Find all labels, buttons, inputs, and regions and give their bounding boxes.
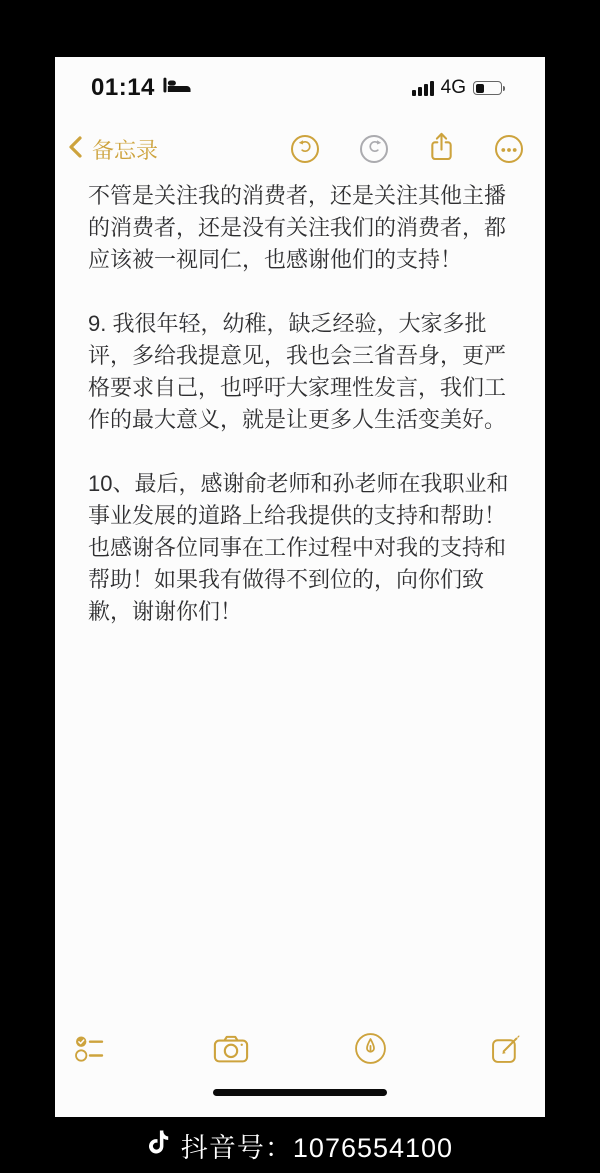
camera-button[interactable]	[213, 1035, 249, 1068]
network-type-label: 4G	[441, 77, 466, 99]
back-label: 备忘录	[92, 134, 158, 165]
sleep-mode-bed-icon	[163, 77, 191, 99]
home-indicator[interactable]	[213, 1089, 387, 1096]
phone-screen: 01:14 4G	[55, 57, 545, 1117]
back-button[interactable]: 备忘录	[65, 134, 158, 165]
ellipsis-icon	[501, 140, 517, 158]
cellular-signal-icon	[412, 81, 434, 96]
battery-icon	[473, 81, 505, 95]
more-button[interactable]	[495, 135, 523, 163]
markup-button[interactable]	[354, 1032, 387, 1070]
camera-icon	[213, 1035, 249, 1068]
redo-icon	[367, 139, 382, 159]
compose-button[interactable]	[491, 1033, 522, 1069]
note-paragraph: 10、最后，感谢俞老师和孙老师在我职业和 事业发展的道路上给我提供的支持和帮助！…	[88, 468, 535, 628]
clock-time: 01:14	[91, 74, 155, 102]
note-toolbar	[55, 1025, 545, 1077]
douyin-id-label: 抖音号：1076554100	[181, 1126, 453, 1165]
note-paragraph: 9. 我很年轻，幼稚，缺乏经验，大家多批 评，多给我提意见，我也会三省吾身，更严…	[88, 308, 535, 436]
pen-markup-icon	[354, 1032, 387, 1070]
undo-icon	[298, 139, 313, 159]
douyin-watermark: 抖音号：1076554100	[0, 1117, 600, 1173]
status-bar: 01:14 4G	[55, 73, 545, 103]
checklist-icon	[75, 1035, 109, 1068]
douyin-logo-icon	[147, 1129, 171, 1162]
redo-button[interactable]	[360, 135, 388, 163]
compose-icon	[491, 1033, 522, 1069]
checklist-button[interactable]	[75, 1035, 109, 1068]
note-paragraph: 不管是关注我的消费者，还是关注其他主播 的消费者，还是没有关注我们的消费者，都 …	[88, 180, 535, 276]
undo-button[interactable]	[291, 135, 319, 163]
battery-fill	[476, 84, 484, 93]
chevron-left-icon	[65, 134, 87, 165]
nav-bar: 备忘录	[55, 131, 545, 167]
share-icon	[429, 131, 454, 167]
share-button[interactable]	[429, 131, 454, 167]
note-body[interactable]: 不管是关注我的消费者，还是关注其他主播 的消费者，还是没有关注我们的消费者，都 …	[55, 167, 545, 1025]
